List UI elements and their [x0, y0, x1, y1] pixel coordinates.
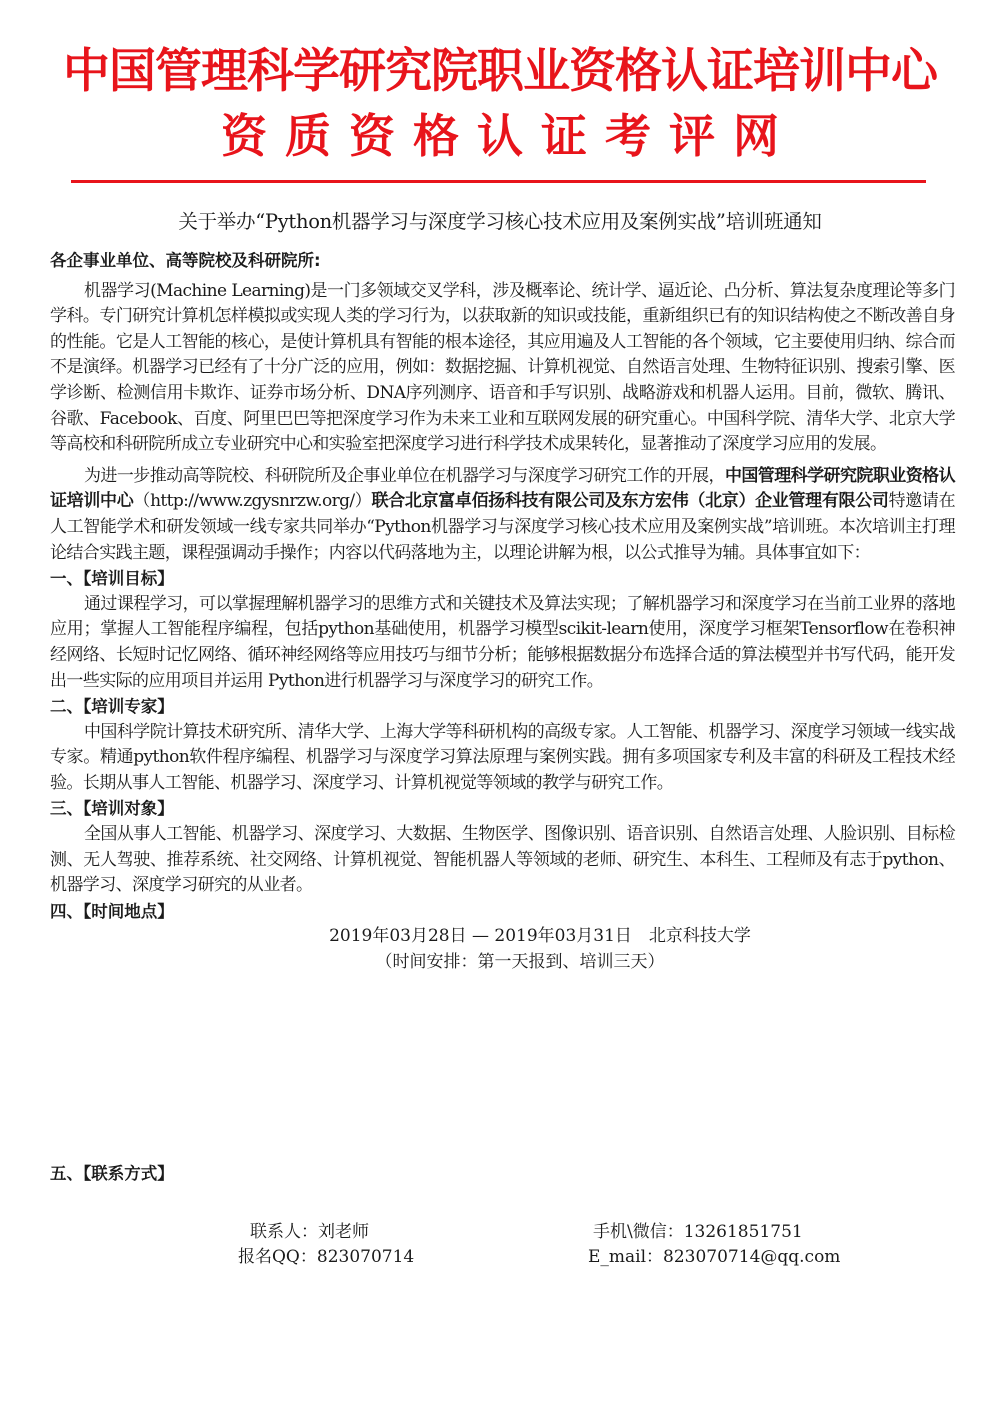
- contact-email[interactable]: E_mail：823070714@qq.com: [588, 1245, 840, 1269]
- notice-title: 关于举办“Python机器学习与深度学习核心技术应用及案例实战”培训班通知: [0, 208, 1000, 236]
- section-heading-time-place: 四、【时间地点】: [50, 899, 955, 925]
- red-divider: [71, 180, 926, 183]
- section-heading-contact: 五、【联系方式】: [50, 1160, 174, 1184]
- section-body-goals: 通过课程学习，可以掌握理解机器学习的思维方式和关键技术及算法实现；了解机器学习和…: [50, 592, 955, 694]
- contact-person: 联系人：刘老师: [250, 1220, 369, 1244]
- section-body-audience: 全国从事人工智能、机器学习、深度学习、大数据、生物医学、图像识别、语音识别、自然…: [50, 822, 955, 899]
- contact-qq[interactable]: 报名QQ：823070714: [238, 1245, 414, 1269]
- date-location-line: 2019年03月28日 — 2019年03月31日 北京科技大学: [240, 924, 840, 950]
- intro-paragraph: 机器学习(Machine Learning)是一门多领域交叉学科，涉及概率论、统…: [50, 279, 955, 458]
- schedule-line: （时间安排：第一天报到、培训三天）: [200, 950, 840, 976]
- section-heading-experts: 二、【培训专家】: [50, 694, 955, 720]
- site-name-header: 资质资格认证考评网: [0, 106, 1000, 166]
- contact-phone[interactable]: 手机\微信：13261851751: [593, 1220, 803, 1244]
- org-name-header: 中国管理科学研究院职业资格认证培训中心: [0, 42, 1000, 102]
- notice-body: 各企事业单位、高等院校及科研院所: 机器学习(Machine Learning)…: [50, 248, 955, 976]
- organizer-text-1: 为进一步推动高等院校、科研院所及企事业单位在机器学习与深度学习研究工作的开展，: [84, 466, 725, 486]
- section-heading-audience: 三、【培训对象】: [50, 796, 955, 822]
- salutation: 各企事业单位、高等院校及科研院所:: [50, 248, 955, 274]
- section-heading-goals: 一、【培训目标】: [50, 566, 955, 592]
- organizer-paragraph: 为进一步推动高等院校、科研院所及企事业单位在机器学习与深度学习研究工作的开展，中…: [50, 464, 955, 566]
- time-place-block: 2019年03月28日 — 2019年03月31日 北京科技大学 （时间安排：第…: [240, 924, 840, 975]
- organizer-url[interactable]: （http://www.zgysnrzw.org/）: [133, 491, 371, 511]
- section-body-experts: 中国科学院计算技术研究所、清华大学、上海大学等科研机构的高级专家。人工智能、机器…: [50, 720, 955, 797]
- partner-companies: 联合北京富卓佰扬科技有限公司及东方宏伟（北京）企业管理有限公司: [371, 491, 888, 511]
